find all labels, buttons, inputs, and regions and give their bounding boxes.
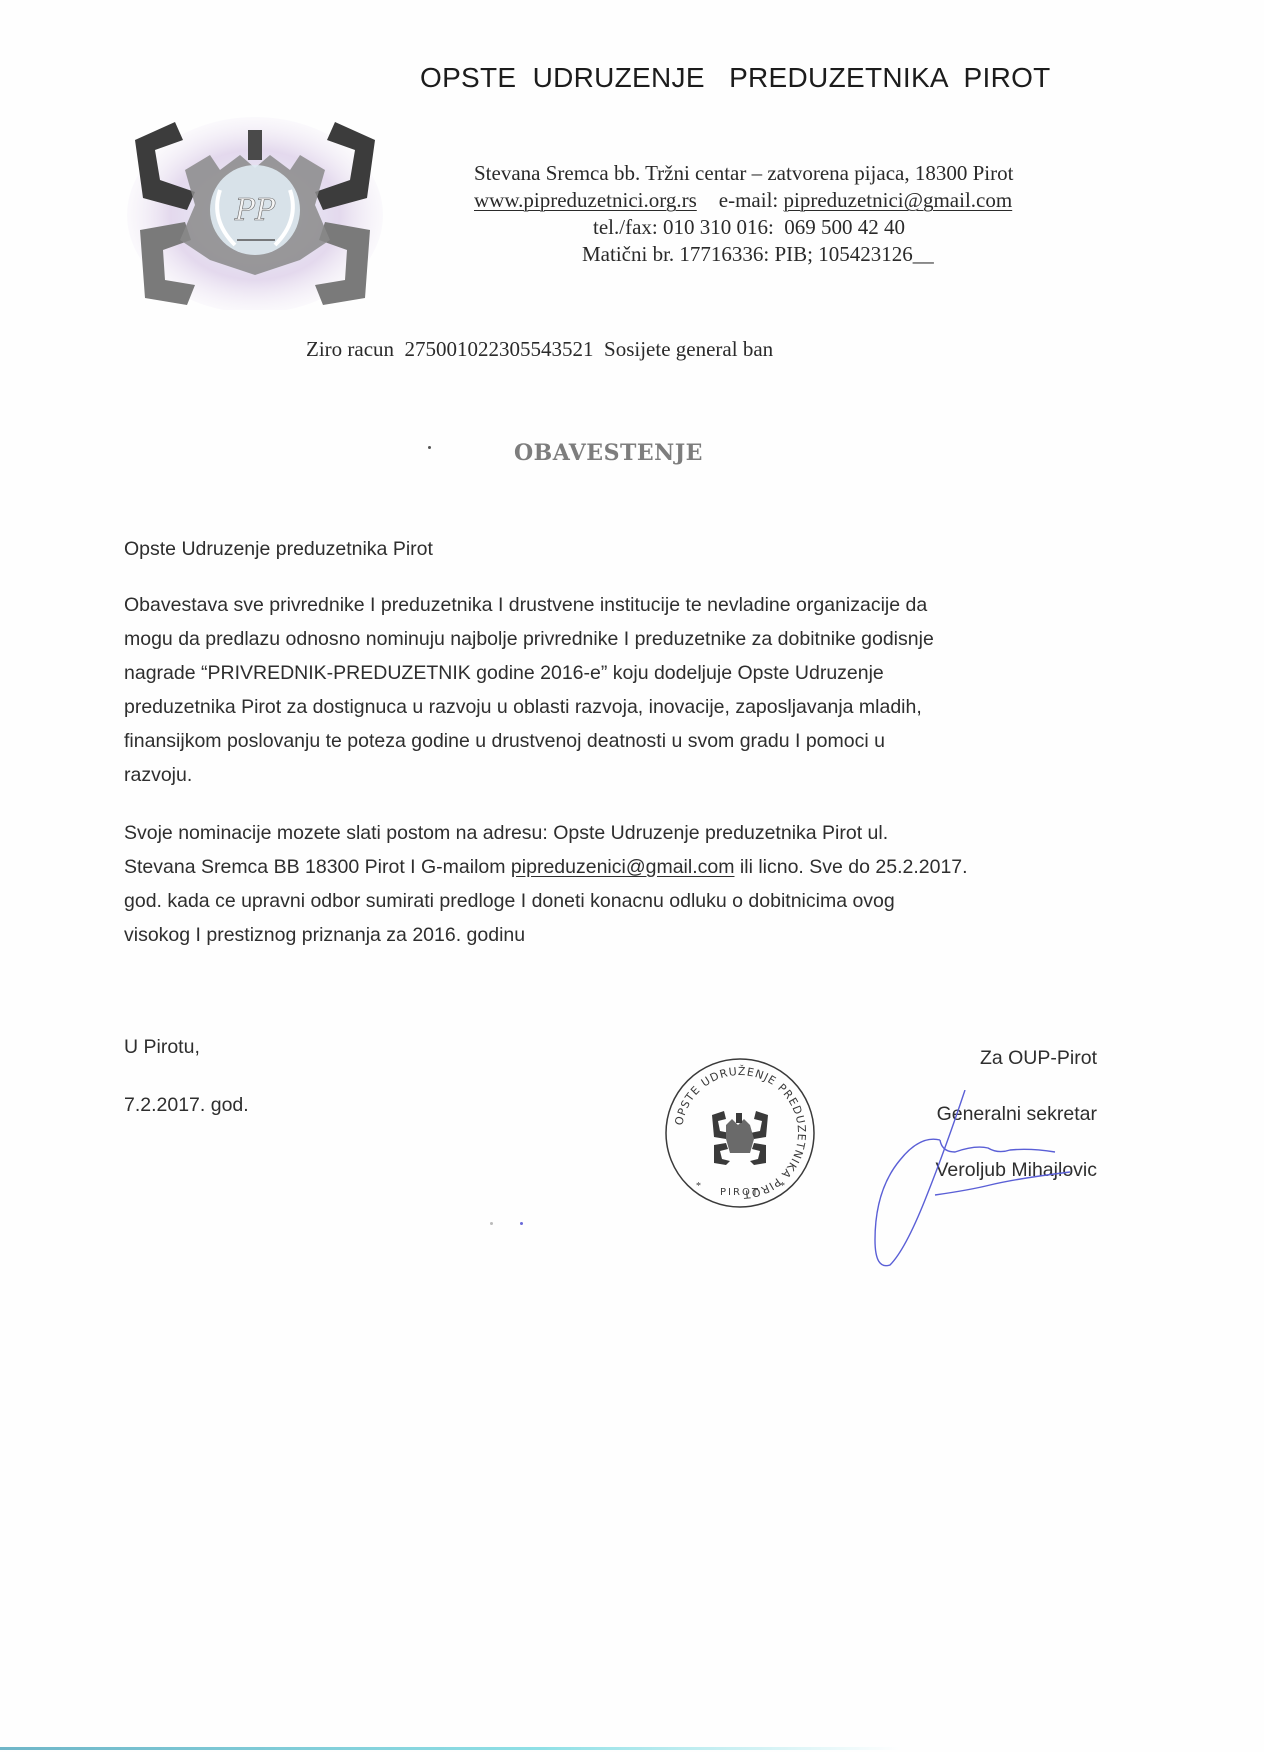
svg-text:PP: PP	[234, 193, 276, 228]
document-title: OBAVESTENJE	[514, 440, 703, 466]
paragraph-2-line: Svoje nominacije mozete slati postom na …	[124, 816, 1124, 850]
paragraph-2-text: ili licno. Sve do 25.2.2017.	[734, 856, 967, 878]
scan-edge	[0, 1747, 900, 1750]
handwritten-signature-icon	[870, 1090, 1080, 1290]
email-label: e-mail:	[719, 188, 784, 212]
stamp-bottom-text: PIROT	[720, 1187, 760, 1198]
paragraph-2-line: Stevana Sremca BB 18300 Pirot I G-mailom…	[124, 850, 1124, 884]
scan-speck	[520, 1222, 523, 1225]
contact-block: Stevana Sremca bb. Tržni centar – zatvor…	[470, 160, 1120, 268]
for-organization: Za OUP-Pirot	[936, 1030, 1098, 1086]
registration-ids: Matični br. 17716336: PIB; 105423126__	[470, 241, 1120, 268]
scan-speck	[490, 1222, 493, 1225]
official-stamp-icon: OPSTE UDRUŽENJE PREDUZETNIKA PIROT PIROT…	[660, 1053, 820, 1213]
web-email-line: www.pipreduzetnici.org.rse-mail: pipredu…	[470, 187, 1120, 214]
svg-text:*: *	[696, 1181, 701, 1192]
website-link[interactable]: www.pipreduzetnici.org.rs	[474, 188, 697, 212]
bank-account: Ziro racun 275001022305543521 Sosijete g…	[306, 337, 773, 362]
document-page: OPSTE UDRUZENJE PREDUZETNIKA PIROT PP St…	[0, 0, 1264, 1752]
paragraph-1-line: preduzetnika Pirot za dostignuca u razvo…	[124, 690, 1124, 724]
organization-logo-icon: PP	[125, 110, 385, 310]
paragraph-1-line: finansijkom poslovanju te poteza godine …	[124, 724, 1124, 758]
paragraph-2-line: god. kada ce upravni odbor sumirati pred…	[124, 884, 1124, 918]
paragraph-1: Obavestava sve privrednike I preduzetnik…	[124, 588, 1124, 792]
paragraph-1-line: razvoju.	[124, 758, 1124, 792]
scan-speck	[428, 446, 431, 449]
email-link[interactable]: pipreduzetnici@gmail.com	[784, 188, 1013, 212]
paragraph-2-line: visokog I prestiznog priznanja za 2016. …	[124, 918, 1124, 952]
organization-title: OPSTE UDRUZENJE PREDUZETNIKA PIROT	[420, 62, 1051, 94]
phone: tel./fax: 010 310 016: 069 500 42 40	[470, 214, 1120, 241]
paragraph-2: Svoje nominacije mozete slati postom na …	[124, 816, 1124, 952]
paragraph-2-text: Stevana Sremca BB 18300 Pirot I G-mailom	[124, 856, 511, 878]
svg-text:*: *	[780, 1181, 785, 1192]
paragraph-1-line: Obavestava sve privrednike I preduzetnik…	[124, 588, 1124, 622]
paragraph-1-line: nagrade “PRIVREDNIK-PREDUZETNIK godine 2…	[124, 656, 1124, 690]
nomination-email-link[interactable]: pipreduzenici@gmail.com	[511, 856, 735, 878]
intro-line: Opste Udruzenje preduzetnika Pirot	[124, 532, 1124, 566]
paragraph-1-line: mogu da predlazu odnosno nominuju najbol…	[124, 622, 1124, 656]
address: Stevana Sremca bb. Tržni centar – zatvor…	[470, 160, 1120, 187]
